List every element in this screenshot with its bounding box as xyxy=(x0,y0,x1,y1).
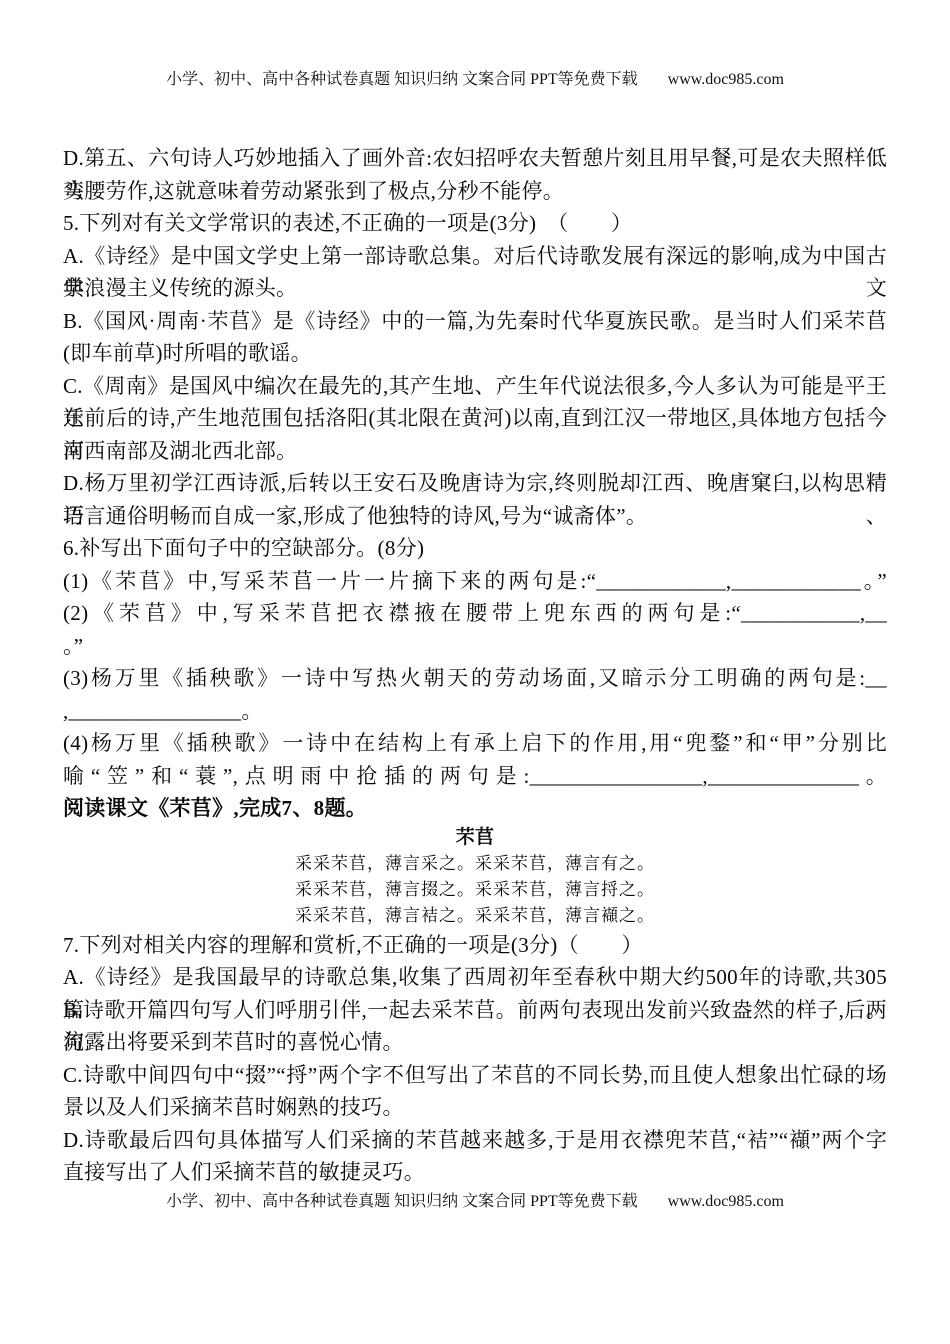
document-body: D.第五、六句诗人巧妙地插入了画外音:农妇招呼农夫暂憩片刻且用早餐,可是农夫照样… xyxy=(63,142,887,1189)
text-line: 景以及人们采摘芣苢时娴熟的技巧。 xyxy=(63,1091,887,1124)
footer-url-link[interactable]: www.doc985.com xyxy=(668,1193,784,1210)
text-line: D.杨万里初学江西诗派,后转以王安石及晚唐诗为宗,终则脱却江西、晚唐窠臼,以构思… xyxy=(63,467,887,500)
page-footer: 小学、初中、高中各种试卷真题 知识归纳 文案合同 PPT等免费下载www.doc… xyxy=(0,1188,950,1211)
header-url-link[interactable]: www.doc985.com xyxy=(668,71,784,88)
text-line: (2)《芣苢》中,写采芣苢把衣襟掖在腰带上兜东西的两句是:“__________… xyxy=(63,597,887,630)
text-line: B.《国风·周南·芣苢》是《诗经》中的一篇,为先秦时代华夏族民歌。是当时人们采芣… xyxy=(63,305,887,338)
footer-info-text: 小学、初中、高中各种试卷真题 知识归纳 文案合同 PPT等免费下载 xyxy=(166,1193,638,1210)
text-line: 直接写出了人们采摘芣苢的敏捷灵巧。 xyxy=(63,1156,887,1189)
text-line: 喻“笠”和“蓑”,点明雨中抢插的两句是:________________,___… xyxy=(63,760,887,793)
text-line: (即车前草)时所唱的歌谣。 xyxy=(63,337,887,370)
text-line: 。” xyxy=(63,630,887,663)
text-line: 5.下列对有关文学常识的表述,不正确的一项是(3分) （ ） xyxy=(63,207,887,240)
text-line: (1)《芣苢》中,写采芣苢一片一片摘下来的两句是:“____________,_… xyxy=(63,565,887,598)
text-line: 迁前后的诗,产生地范围包括洛阳(其北限在黄河)以南,直到江汉一带地区,具体地方包… xyxy=(63,402,887,435)
text-line: 南西南部及湖北西北部。 xyxy=(63,435,887,468)
page-header: 小学、初中、高中各种试卷真题 知识归纳 文案合同 PPT等免费下载www.doc… xyxy=(0,66,950,89)
text-line: 阅读课文《芣苢》,完成7、8题。 xyxy=(63,792,887,825)
text-line: (3)杨万里《插秧歌》一诗中写热火朝天的劳动场面,又暗示分工明确的两句是:__ xyxy=(63,662,887,695)
document-page: 小学、初中、高中各种试卷真题 知识归纳 文案合同 PPT等免费下载www.doc… xyxy=(0,0,950,1344)
poem-line: 采采芣苢，薄言采之。采采芣苢，薄言有之。 xyxy=(63,851,887,877)
poem-line: 芣苢 xyxy=(63,825,887,851)
text-line: 弯腰劳作,这就意味着劳动紧张到了极点,分秒不能停。 xyxy=(63,175,887,208)
header-info-text: 小学、初中、高中各种试卷真题 知识归纳 文案合同 PPT等免费下载 xyxy=(166,71,638,88)
text-line: C.《周南》是国风中编次在最先的,其产生地、产生年代说法很多,今人多认为可能是平… xyxy=(63,370,887,403)
poem-line: 采采芣苢，薄言袺之。采采芣苢，薄言襭之。 xyxy=(63,903,887,929)
poem-line: 采采芣苢，薄言掇之。采采芣苢，薄言捋之。 xyxy=(63,877,887,903)
text-line: A.《诗经》是我国最早的诗歌总集,收集了西周初年至春秋中期大约500年的诗歌,共… xyxy=(63,961,887,994)
text-line: B.诗歌开篇四句写人们呼朋引伴,一起去采芣苢。前两句表现出发前兴致盎然的样子,后… xyxy=(63,994,887,1027)
text-line: A.《诗经》是中国文学史上第一部诗歌总集。对后代诗歌发展有深远的影响,成为中国古… xyxy=(63,240,887,273)
text-line: D.诗歌最后四句具体描写人们采摘的芣苢越来越多,于是用衣襟兜芣苢,“袺”“襭”两… xyxy=(63,1124,887,1157)
text-line: D.第五、六句诗人巧妙地插入了画外音:农妇招呼农夫暂憩片刻且用早餐,可是农夫照样… xyxy=(63,142,887,175)
text-line: 流露出将要采到芣苢时的喜悦心情。 xyxy=(63,1026,887,1059)
text-line: ,________________。 xyxy=(63,695,887,728)
text-line: 6.补写出下面句子中的空缺部分。(8分) xyxy=(63,532,887,565)
text-line: C.诗歌中间四句中“掇”“捋”两个字不但写出了芣苢的不同长势,而且使人想象出忙碌… xyxy=(63,1059,887,1092)
text-line: 7.下列对相关内容的理解和赏析,不正确的一项是(3分)（ ） xyxy=(63,929,887,962)
text-line: (4)杨万里《插秧歌》一诗中在结构上有承上启下的作用,用“兜鍪”和“甲”分别比 xyxy=(63,727,887,760)
